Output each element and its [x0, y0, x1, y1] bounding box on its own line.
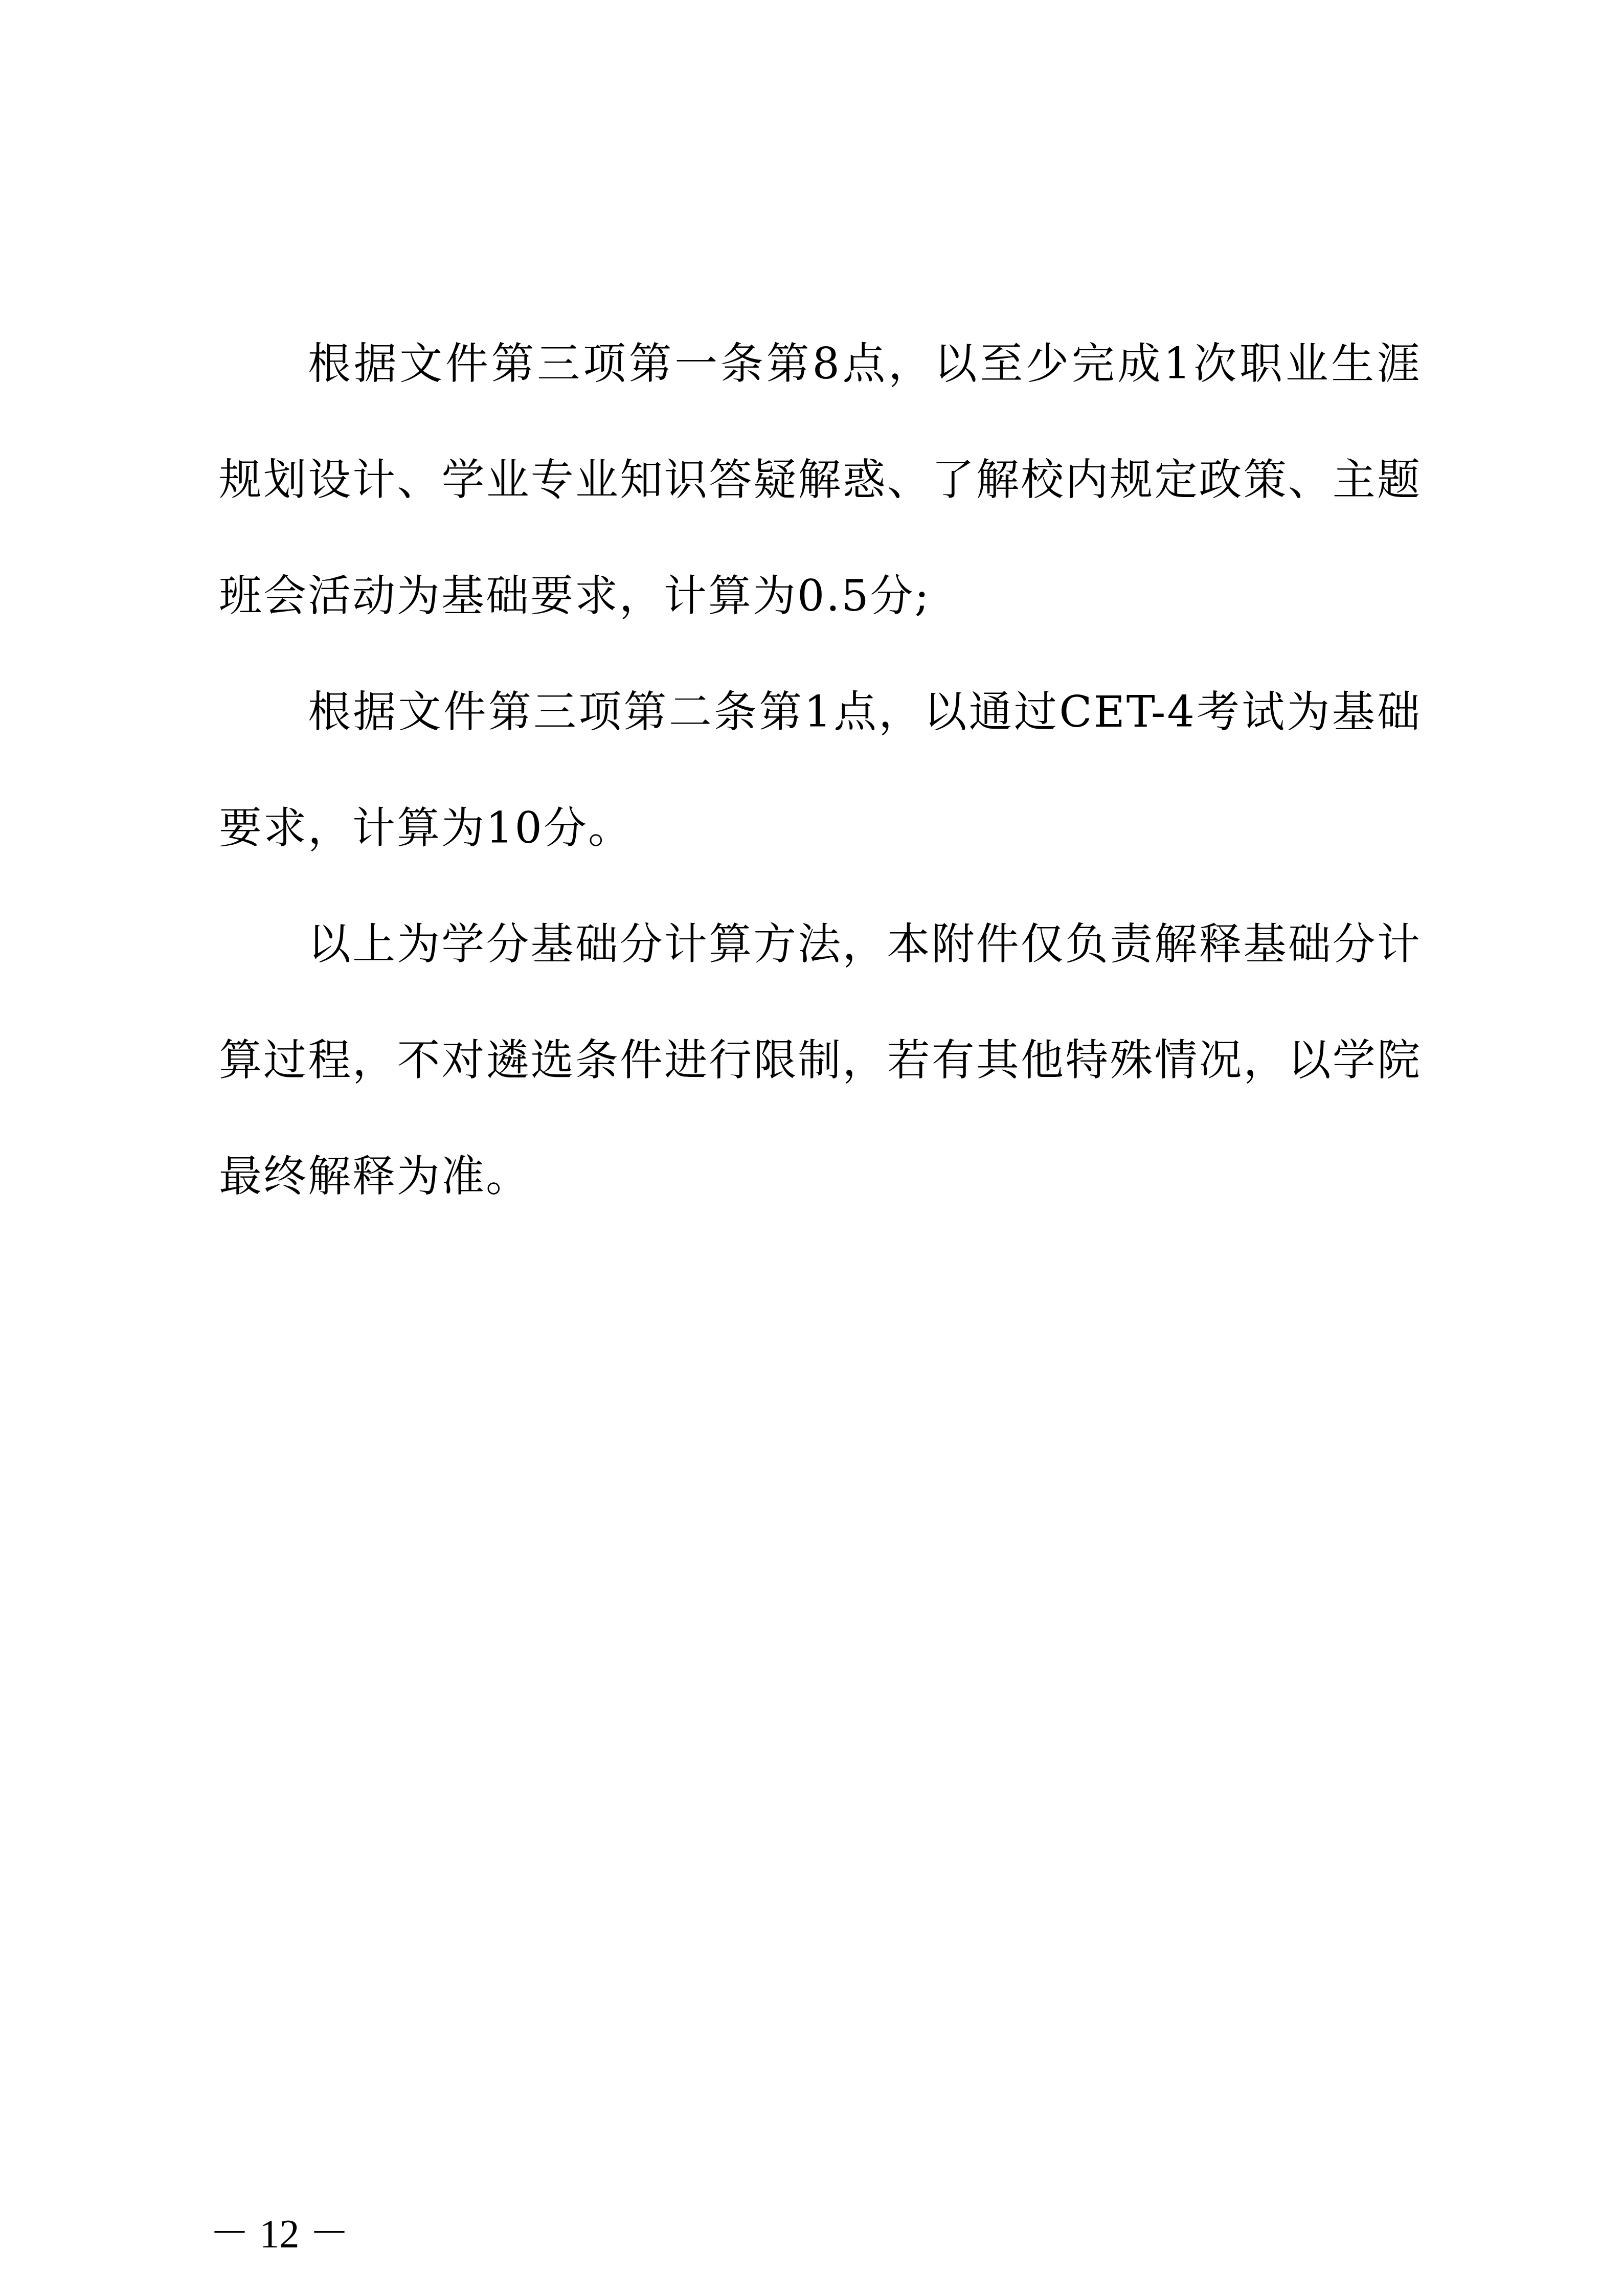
paragraph-explanation-note: 以上为学分基础分计算方法，本附件仅负责解释基础分计算过程，不对遴选条件进行限制，… — [219, 886, 1422, 1234]
page-number: － 12 － — [210, 2201, 349, 2259]
paragraph-activity-score: 根据文件第三项第一条第8点，以至少完成1次职业生涯规划设计、学业专业知识答疑解惑… — [219, 306, 1422, 654]
paragraph-cet4-score: 根据文件第三项第二条第1点，以通过CET-4考试为基础要求，计算为10分。 — [219, 654, 1422, 886]
document-page: 根据文件第三项第一条第8点，以至少完成1次职业生涯规划设计、学业专业知识答疑解惑… — [0, 0, 1623, 2296]
document-body: 根据文件第三项第一条第8点，以至少完成1次职业生涯规划设计、学业专业知识答疑解惑… — [219, 306, 1422, 1234]
